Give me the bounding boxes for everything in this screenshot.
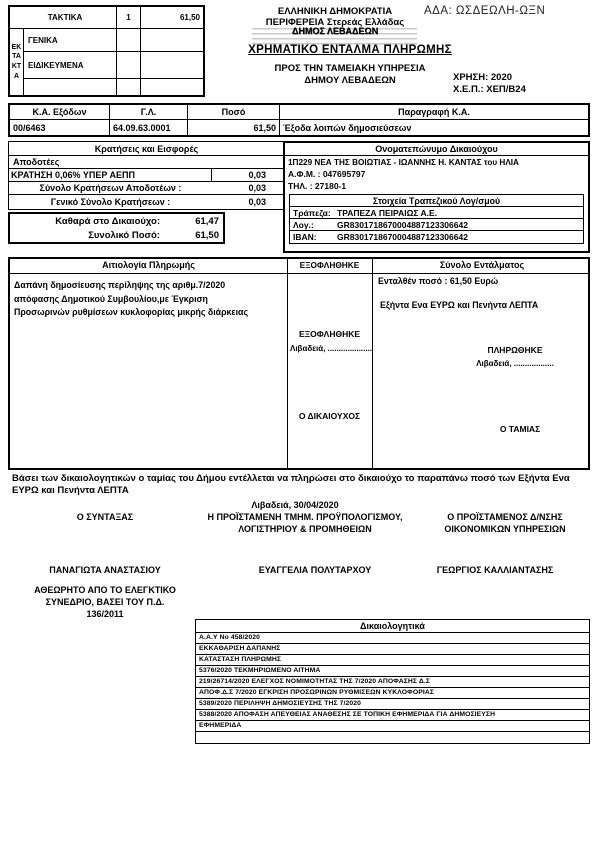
net-label: Καθαρά στο Δικαιούχο: bbox=[10, 216, 160, 227]
deductions-total: Γενικό Σύνολο Κρατήσεων : 0,03 bbox=[9, 195, 284, 209]
addressee-line-1: ΠΡΟΣ ΤΗΝ ΤΑΜΕΙΑΚΗ ΥΠΗΡΕΣΙΑ bbox=[240, 63, 460, 74]
budget-desc: Έξοδα λοιπών δημοσιεύσεων bbox=[280, 120, 588, 135]
allocation-empty-cell bbox=[117, 52, 141, 79]
beneficiary-box: Ονοματεπώνυμο Δικαιούχου 1Π229 ΝΕΑ ΤΗΣ Β… bbox=[283, 141, 590, 253]
budget-header-ka: Κ.Α. Εξόδων bbox=[10, 105, 110, 120]
paid2-place-line: Λιβαδειά, .................. bbox=[440, 359, 590, 368]
allocation-vertical-label: ΕΚΤΑΚΤΑ bbox=[10, 29, 24, 95]
signatory-title-3b: ΟΙΚΟΝΟΜΙΚΩΝ ΥΠΗΡΕΣΙΩΝ bbox=[425, 524, 585, 534]
budget-ka: 00/6463 bbox=[10, 120, 110, 135]
column-divider-1 bbox=[287, 259, 288, 468]
attachment-row bbox=[196, 732, 589, 743]
ada-number: ΑΔΑ: ΩΣΔΕΩΛΗ-ΩΞΝ bbox=[424, 5, 545, 17]
signatory-title-1: Ο ΣΥΝΤΑΞΑΣ bbox=[30, 512, 180, 522]
allocation-row-eidikeymena: ΕΙΔΙΚΕΥΜΕΝΑ bbox=[24, 52, 117, 79]
attachment-row: Α.Α.Υ Νο 458/2020 bbox=[196, 633, 589, 644]
deductions-table: Κρατήσεις και Εισφορές Αποδοτέες ΚΡΑΤΗΣΗ… bbox=[8, 141, 285, 210]
budget-header-gl: Γ.Λ. bbox=[110, 105, 188, 120]
payment-order-document: ΤΑΚΤΙΚΑ 1 61,50 ΕΚΤΑΚΤΑ ΓΕΝΙΚΑ ΕΙΔΙΚΕΥΜΕ… bbox=[0, 0, 595, 842]
justification-text: Δαπάνη δημοσίευσης περίληψης της αριθμ.7… bbox=[14, 279, 266, 320]
allocation-row-taktika: ΤΑΚΤΙΚΑ bbox=[10, 7, 117, 29]
header-divider bbox=[10, 273, 588, 274]
allocation-empty-cell bbox=[117, 79, 141, 95]
deduction-item: ΚΡΑΤΗΣΗ 0,06% ΥΠΕΡ ΑΕΠΠ 0,03 bbox=[9, 169, 284, 182]
allocation-empty-cell bbox=[141, 52, 203, 79]
beneficiary-tel: ΤΗΛ. : 27180-1 bbox=[285, 180, 588, 192]
attachment-row: ΕΚΚΑΘΑΡΙΣΗ ΔΑΠΑΝΗΣ bbox=[196, 644, 589, 655]
allocation-empty-cell bbox=[141, 79, 203, 95]
allocation-empty-cell bbox=[117, 29, 141, 52]
payment-instruction: Βάσει των δικαιολογητικών ο ταμίας του Δ… bbox=[12, 473, 577, 497]
account-number: GR8301718670004887123306642 bbox=[337, 220, 468, 230]
net-row: Καθαρά στο Δικαιούχο: 61,47 bbox=[10, 214, 223, 228]
audit-note-line-1: ΑΘΕΩΡΗΤΟ ΑΠΟ ΤΟ ΕΛΕΓΚΤΙΚΟ bbox=[25, 585, 185, 595]
xep-number: Χ.Ε.Π.: ΧΕΠ/Β24 bbox=[453, 84, 526, 95]
allocation-count: 1 bbox=[117, 7, 141, 29]
republic-title: ΕΛΛΗΝΙΚΗ ΔΗΜΟΚΡΑΤΙΑ bbox=[245, 6, 425, 17]
signatory-title-2a: Η ΠΡΟΪΣΤΑΜΕΝΗ ΤΜΗΜ. ΠΡΟΫΠΟΛΟΓΙΣΜΟΥ, bbox=[185, 512, 425, 522]
iban-number: GR8301718670004887123306642 bbox=[337, 232, 468, 242]
allocation-empty-cell bbox=[24, 79, 117, 95]
date-place-line: Λιβαδειά, 30/04/2020 bbox=[175, 500, 415, 510]
deductions-subtotal-label: Σύνολο Κρατήσεων Αποδοτέων : bbox=[9, 183, 212, 193]
gross-label: Συνολικό Ποσό: bbox=[10, 230, 160, 241]
addressee-line-2: ΔΗΜΟΥ ΛΕΒΑΔΕΩΝ bbox=[240, 75, 460, 86]
payment-section: Αιτιολογία Πληρωμής ΕΞΟΦΛΗΘΗΚΕ Σύνολο Εν… bbox=[8, 257, 590, 470]
audit-note-line-3: 136/2011 bbox=[25, 609, 185, 619]
allocation-row-genika: ΓΕΝΙΚΑ bbox=[24, 29, 117, 52]
attachment-row: ΕΦΗΜΕΡΙΔΑ bbox=[196, 721, 589, 732]
signatory-title-3a: Ο ΠΡΟΪΣΤΑΜΕΝΟΣ Δ/ΝΣΗΣ bbox=[425, 512, 585, 522]
cashier-signature-label: Ο ΤΑΜΙΑΣ bbox=[460, 424, 580, 434]
signatory-title-2b: ΛΟΓΙΣΤΗΡΙΟΥ & ΠΡΟΜΗΘΕΙΩΝ bbox=[185, 524, 425, 534]
budget-header-amount: Ποσό bbox=[188, 105, 280, 120]
attachments-title: Δικαιολογητικά bbox=[196, 620, 589, 633]
paid2-stamp: ΠΛΗΡΩΘΗΚΕ bbox=[440, 345, 590, 355]
allocation-empty-cell bbox=[141, 29, 203, 52]
deductions-title: Κρατήσεις και Εισφορές bbox=[9, 142, 284, 156]
attachment-row: 219/26714/2020 ΕΛΕΓΧΟΣ ΝΟΜΙΜΟΤΗΤΑΣ ΤΗΣ 7… bbox=[196, 677, 589, 688]
deductions-subtotal: Σύνολο Κρατήσεων Αποδοτέων : 0,03 bbox=[9, 182, 284, 195]
deduction-item-amount: 0,03 bbox=[212, 170, 284, 180]
justification-title: Αιτιολογία Πληρωμής bbox=[10, 260, 287, 273]
municipality-line: ΔΗΜΟΣ ΛΕΒΑΔΕΩΝ bbox=[260, 26, 410, 36]
beneficiary-signature-label: Ο ΔΙΚΑΙΟΥΧΟΣ bbox=[287, 411, 372, 421]
bank-name-row: Τράπεζα: ΤΡΑΠΕΖΑ ΠΕΙΡΑΙΩΣ Α.Ε. bbox=[290, 207, 583, 219]
account-row: Λογ.: GR8301718670004887123306642 bbox=[290, 219, 583, 231]
gross-amount: 61,50 bbox=[160, 230, 223, 241]
paid-place-line: Λιβαδειά, .................... bbox=[290, 344, 375, 353]
attachment-row: 5389/2020 ΠΕΡΙΛΗΨΗ ΔΗΜΟΣΙΕΥΣΗΣ ΤΗΣ 7/202… bbox=[196, 699, 589, 710]
account-label: Λογ.: bbox=[293, 220, 337, 230]
beneficiary-title: Ονοματεπώνυμο Δικαιούχου bbox=[285, 143, 588, 156]
paid-stamp: ΕΞΟΦΛΗΘΗΚΕ bbox=[287, 329, 372, 339]
order-total-title: Σύνολο Εντάλματος bbox=[372, 260, 592, 273]
deductions-subtotal-amount: 0,03 bbox=[212, 183, 284, 193]
allocation-table: ΤΑΚΤΙΚΑ 1 61,50 ΕΚΤΑΚΤΑ ΓΕΝΙΚΑ ΕΙΔΙΚΕΥΜΕ… bbox=[8, 5, 205, 97]
allocation-amount: 61,50 bbox=[141, 7, 203, 29]
iban-row: IBAN: GR8301718670004887123306642 bbox=[290, 231, 583, 243]
net-amount: 61,47 bbox=[160, 216, 223, 227]
budget-header-desc: Παραγραφή Κ.Α. bbox=[280, 105, 588, 120]
net-amount-box: Καθαρά στο Δικαιούχο: 61,47 Συνολικό Ποσ… bbox=[8, 212, 225, 244]
amount-in-words: Εξήντα Ενα ΕΥΡΩ και Πενήντα ΛΕΠΤΑ bbox=[380, 299, 550, 311]
bank-details-title: Στοιχεία Τραπεζικού Λογ/σμού bbox=[290, 195, 583, 207]
bank-details-box: Στοιχεία Τραπεζικού Λογ/σμού Τράπεζα: ΤΡ… bbox=[289, 194, 584, 244]
column-divider-2 bbox=[372, 259, 373, 468]
signatory-name-1: ΠΑΝΑΓΙΩΤΑ ΑΝΑΣΤΑΣΙΟΥ bbox=[25, 565, 185, 575]
deductions-total-label: Γενικό Σύνολο Κρατήσεων : bbox=[9, 197, 212, 207]
bank-name: ΤΡΑΠΕΖΑ ΠΕΙΡΑΙΩΣ Α.Ε. bbox=[337, 208, 437, 218]
attachment-row: ΚΑΤΑΣΤΑΣΗ ΠΛΗΡΩΜΗΣ bbox=[196, 655, 589, 666]
attachment-row: 5388/2020 ΑΠΟΦΑΣΗ ΑΠΕΥΘΕΙΑΣ ΑΝΑΘΕΣΗΣ ΣΕ … bbox=[196, 710, 589, 721]
attachment-row: ΑΠΟΦ.Δ.Σ 7/2020 ΕΓΚΡΙΣΗ ΠΡΟΣΩΡΙΝΩΝ ΡΥΘΜΙ… bbox=[196, 688, 589, 699]
iban-label: IBAN: bbox=[293, 232, 337, 242]
deduction-item-label: ΚΡΑΤΗΣΗ 0,06% ΥΠΕΡ ΑΕΠΠ bbox=[9, 169, 212, 181]
signatory-name-2: ΕΥΑΓΓΕΛΙΑ ΠΟΛΥΤΑΡΧΟΥ bbox=[235, 565, 395, 575]
deductions-group: Αποδοτέες bbox=[9, 156, 284, 169]
signatory-name-3: ΓΕΩΡΓΙΟΣ ΚΑΛΛΙΑΝΤΑΣΗΣ bbox=[410, 565, 580, 575]
audit-note-line-2: ΣΥΝΕΔΡΙΟ, ΒΑΣΕΙ ΤΟΥ Π.Δ. bbox=[25, 597, 185, 607]
paid-title: ΕΞΟΦΛΗΘΗΚΕ bbox=[287, 260, 372, 273]
bank-label: Τράπεζα: bbox=[293, 208, 337, 218]
attachment-row: 5376/2020 ΤΕΚΜΗΡΙΩΜΕΝΟ ΑΙΤΗΜΑ bbox=[196, 666, 589, 677]
attachments-table: Δικαιολογητικά Α.Α.Υ Νο 458/2020 ΕΚΚΑΘΑΡ… bbox=[195, 619, 590, 744]
beneficiary-name: 1Π229 ΝΕΑ ΤΗΣ ΒΟΙΩΤΙΑΣ - ΙΩΑΝΝΗΣ Η. ΚΑΝΤ… bbox=[285, 156, 588, 168]
document-title: ΧΡΗΜΑΤΙΚΟ ΕΝΤΑΛΜΑ ΠΛΗΡΩΜΗΣ bbox=[230, 44, 470, 56]
budget-table: Κ.Α. Εξόδων Γ.Λ. Ποσό Παραγραφή Κ.Α. 00/… bbox=[8, 103, 590, 137]
ordered-amount: Ενταλθέν ποσό : 61,50 Ευρώ bbox=[378, 276, 498, 286]
beneficiary-afm: Α.Φ.Μ. : 047695797 bbox=[285, 168, 588, 180]
gross-row: Συνολικό Ποσό: 61,50 bbox=[10, 228, 223, 242]
fiscal-year: ΧΡΗΣΗ: 2020 bbox=[453, 72, 512, 83]
budget-amount: 61,50 bbox=[188, 120, 280, 135]
budget-gl: 64.09.63.0001 bbox=[110, 120, 188, 135]
deductions-total-amount: 0,03 bbox=[212, 197, 284, 207]
